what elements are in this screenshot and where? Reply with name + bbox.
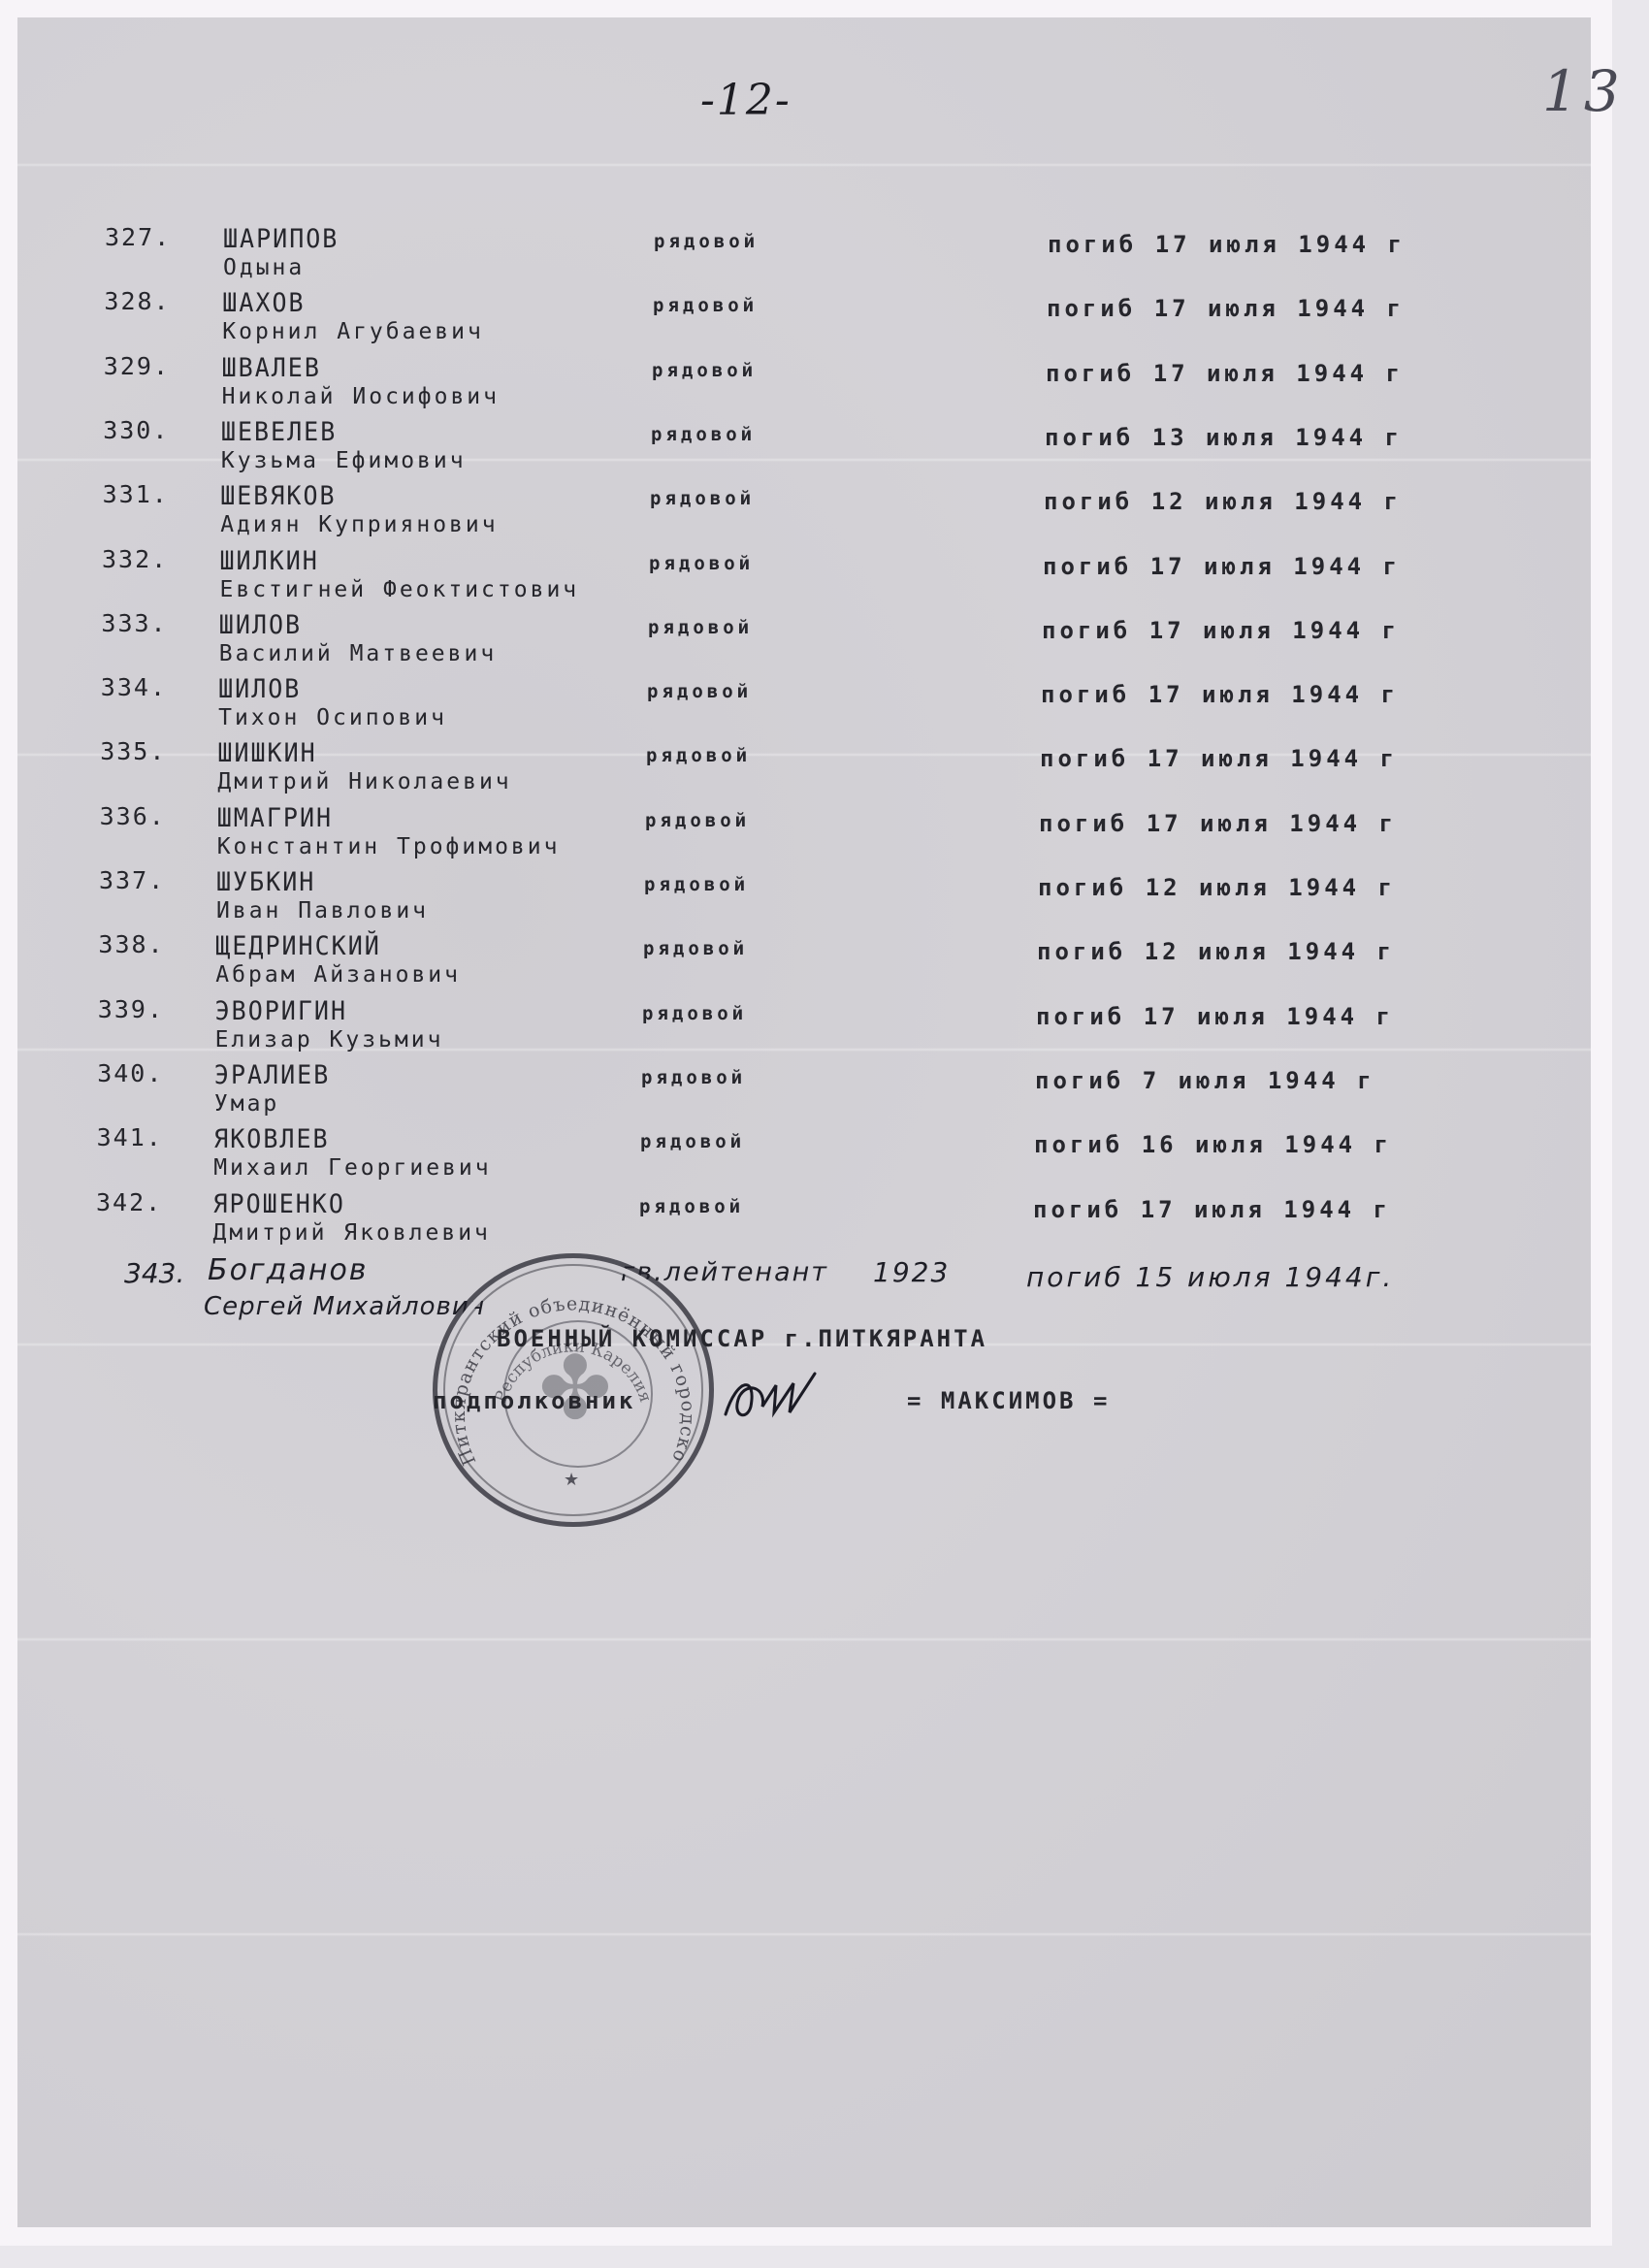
table-row: 331.ШЕВЯКОВАдиян Куприяновичрядовойпогиб… — [0, 480, 1649, 544]
entry-given-name: Адиян Куприянович — [220, 512, 498, 537]
table-row: 338.ЩЕДРИНСКИЙАбрам Айзановичрядовойпоги… — [0, 930, 1649, 994]
star-icon: ★ — [564, 1470, 579, 1490]
table-row: 340.ЭРАЛИЕВУмаррядовойпогиб 7 июля 1944 … — [0, 1059, 1649, 1123]
handwritten-entry-date: погиб 15 июля 1944г. — [1026, 1261, 1394, 1293]
entry-rank: рядовой — [653, 295, 758, 316]
table-row: 337.ШУБКИНИван Павловичрядовойпогиб 12 и… — [0, 866, 1649, 930]
entry-surname: ЭВОРИГИН — [215, 995, 347, 1025]
entry-number: 338. — [98, 930, 164, 958]
entry-rank: рядовой — [646, 745, 751, 766]
entry-number: 333. — [101, 609, 167, 637]
commissar-rank: подполковник — [433, 1387, 635, 1414]
entry-rank: рядовой — [648, 617, 753, 638]
entry-rank: рядовой — [640, 1131, 745, 1152]
table-row: 335.ШИШКИНДмитрий Николаевичрядовойпогиб… — [0, 737, 1649, 801]
entry-surname: ЯРОШЕНКО — [213, 1188, 345, 1218]
entry-death-date: погиб 17 июля 1944 г — [1042, 617, 1400, 644]
handwritten-entry-birth-year: 1923 — [873, 1256, 950, 1288]
entry-rank: рядовой — [642, 1003, 747, 1024]
entry-surname: ЩЕДРИНСКИЙ — [215, 930, 381, 960]
table-row: 334.ШИЛОВТихон Осиповичрядовойпогиб 17 и… — [0, 673, 1649, 737]
entry-death-date: погиб 12 июля 1944 г — [1037, 938, 1395, 965]
entry-surname: ШАРИПОВ — [223, 223, 339, 253]
entry-death-date: погиб 17 июля 1944 г — [1036, 1003, 1394, 1030]
entry-given-name: Елизар Кузьмич — [215, 1027, 444, 1053]
entry-rank: рядовой — [650, 488, 755, 509]
table-row: 333.ШИЛОВВасилий Матвеевичрядовойпогиб 1… — [0, 609, 1649, 673]
entry-death-date: погиб 17 июля 1944 г — [1033, 1196, 1391, 1223]
table-row: 342.ЯРОШЕНКОДмитрий Яковлевичрядовойпоги… — [0, 1188, 1649, 1252]
entry-death-date: погиб 17 июля 1944 г — [1048, 231, 1406, 258]
entry-death-date: погиб 17 июля 1944 г — [1043, 553, 1401, 580]
entry-number: 327. — [105, 223, 171, 251]
entry-number: 329. — [104, 352, 170, 380]
table-row: 332.ШИЛКИНЕвстигней Феоктистовичрядовойп… — [0, 545, 1649, 609]
entry-rank: рядовой — [649, 553, 754, 574]
entry-number: 335. — [100, 737, 166, 765]
entry-death-date: погиб 13 июля 1944 г — [1045, 424, 1403, 451]
entry-death-date: погиб 17 июля 1944 г — [1047, 295, 1405, 322]
entry-given-name: Умар — [214, 1091, 279, 1117]
handwritten-entry-surname: Богданов — [208, 1253, 368, 1287]
entry-given-name: Николай Иосифович — [222, 384, 500, 409]
entry-surname: ЯКОВЛЕВ — [213, 1123, 329, 1153]
entry-surname: ШАХОВ — [222, 287, 305, 317]
table-row: 327.ШАРИПОВОдынарядовойпогиб 17 июля 194… — [0, 223, 1649, 287]
entry-surname: ШУБКИН — [216, 866, 315, 896]
commissar-name: = МАКСИМОВ = — [907, 1387, 1110, 1414]
entry-number: 332. — [102, 545, 168, 573]
entry-given-name: Константин Трофимович — [217, 834, 561, 859]
table-row: 328.ШАХОВКорнил Агубаевичрядовойпогиб 17… — [0, 287, 1649, 351]
entry-given-name: Тихон Осипович — [218, 705, 447, 730]
entry-death-date: погиб 17 июля 1944 г — [1041, 681, 1399, 708]
table-row: 336.ШМАГРИНКонстантин Трофимовичрядовойп… — [0, 802, 1649, 866]
entry-rank: рядовой — [651, 424, 756, 445]
entry-rank: рядовой — [652, 360, 757, 381]
commissar-title: ВОЕННЫЙ КОМИССАР г.ПИТКЯРАНТА — [497, 1325, 987, 1352]
folio-number: 13 — [1542, 58, 1626, 124]
stamp-outer-text: Питкярантский объединённый городской вое… — [437, 1258, 698, 1469]
entry-rank: рядовой — [639, 1196, 744, 1217]
entry-number: 341. — [97, 1123, 163, 1151]
entry-surname: ШИЛОВ — [219, 609, 302, 639]
entry-given-name: Дмитрий Николаевич — [217, 769, 511, 794]
entry-given-name: Одына — [223, 255, 305, 280]
table-row: 330.ШЕВЕЛЕВКузьма Ефимовичрядовойпогиб 1… — [0, 416, 1649, 480]
entry-death-date: погиб 16 июля 1944 г — [1034, 1131, 1392, 1158]
page-number: -12- — [700, 76, 792, 125]
entry-death-date: погиб 12 июля 1944 г — [1038, 874, 1396, 901]
entry-death-date: погиб 17 июля 1944 г — [1046, 360, 1404, 387]
entry-given-name: Иван Павлович — [216, 898, 429, 923]
entry-rank: рядовой — [643, 938, 748, 959]
entry-number: 331. — [103, 480, 169, 508]
entry-death-date: погиб 17 июля 1944 г — [1040, 745, 1398, 772]
entry-surname: ШИЛОВ — [218, 673, 301, 703]
signature-icon — [718, 1368, 834, 1426]
entry-given-name: Михаил Георгиевич — [213, 1155, 491, 1181]
entry-surname: ЭРАЛИЕВ — [214, 1059, 330, 1089]
entry-surname: ШИЛКИН — [220, 545, 319, 575]
entry-surname: ШИШКИН — [217, 737, 316, 767]
entry-surname: ШЕВЕЛЕВ — [221, 416, 337, 446]
entry-number: 342. — [96, 1188, 162, 1216]
table-row: 339.ЭВОРИГИНЕлизар Кузьмичрядовойпогиб 1… — [0, 995, 1649, 1059]
entry-given-name: Василий Матвеевич — [219, 641, 497, 666]
entry-given-name: Дмитрий Яковлевич — [213, 1220, 491, 1246]
handwritten-entry-number: 343. — [124, 1257, 184, 1289]
entry-given-name: Кузьма Ефимович — [221, 448, 467, 473]
entry-given-name: Абрам Айзанович — [215, 962, 461, 988]
entry-given-name: Евстигней Феоктистович — [220, 577, 580, 602]
entry-rank: рядовой — [647, 681, 752, 702]
entry-rank: рядовой — [654, 231, 759, 252]
entry-number: 330. — [103, 416, 169, 444]
entry-number: 334. — [101, 673, 167, 701]
entry-number: 340. — [97, 1059, 163, 1087]
entry-surname: ШЕВЯКОВ — [220, 480, 336, 510]
entry-rank: рядовой — [641, 1067, 746, 1088]
table-row: 329.ШВАЛЕВНиколай Иосифовичрядовойпогиб … — [0, 352, 1649, 416]
svg-text:Питкярантский объединённый гор: Питкярантский объединённый городской вое… — [437, 1258, 698, 1469]
entry-death-date: погиб 7 июля 1944 г — [1035, 1067, 1375, 1094]
entry-rank: рядовой — [644, 874, 749, 895]
entry-number: 339. — [98, 995, 164, 1023]
entry-surname: ШВАЛЕВ — [222, 352, 321, 382]
entry-death-date: погиб 12 июля 1944 г — [1044, 488, 1402, 515]
entry-surname: ШМАГРИН — [217, 802, 333, 832]
entry-death-date: погиб 17 июля 1944 г — [1039, 810, 1397, 837]
entry-number: 336. — [100, 802, 166, 830]
table-row: 341.ЯКОВЛЕВМихаил Георгиевичрядовойпогиб… — [0, 1123, 1649, 1187]
entry-number: 337. — [99, 866, 165, 894]
entry-given-name: Корнил Агубаевич — [222, 319, 484, 344]
entry-number: 328. — [104, 287, 170, 315]
entry-rank: рядовой — [645, 810, 750, 831]
